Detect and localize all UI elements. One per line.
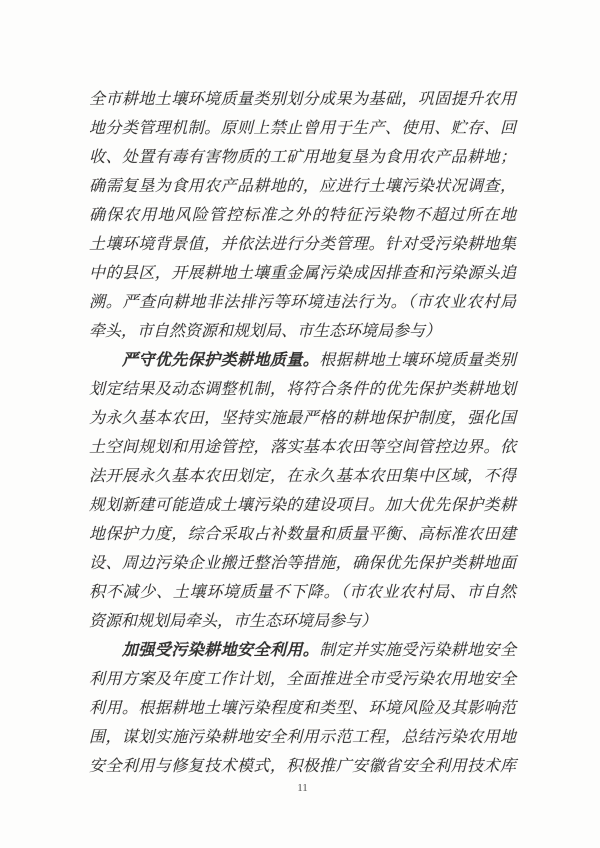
body-text: 地分类管理机制。原则上禁止曾用于生产、使用、贮存、回 bbox=[89, 120, 516, 137]
body-text: 积不减少、土壤环境质量不下降。（市农业农村局、市自然 bbox=[89, 584, 516, 601]
body-text: 土空间规划和用途管控，落实基本农田等空间管控边界。依 bbox=[89, 439, 516, 456]
text-line: 设、周边污染企业搬迁整治等措施，确保优先保护类耕地面 bbox=[89, 549, 516, 578]
text-line: 规划新建可能造成土壤污染的建设项目。加大优先保护类耕 bbox=[89, 491, 516, 520]
text-line: 全市耕地土壤环境质量类别划分成果为基础，巩固提升农用 bbox=[89, 85, 516, 114]
text-line: 土空间规划和用途管控，落实基本农田等空间管控边界。依 bbox=[89, 433, 516, 462]
text-line: 利用方案及年度工作计划，全面推进全市受污染农用地安全 bbox=[89, 665, 516, 694]
body-text: 围，谋划实施污染耕地安全利用示范工程，总结污染农用地 bbox=[89, 729, 516, 746]
text-line: 溯。严查向耕地非法排污等环境违法行为。（市农业农村局 bbox=[89, 288, 516, 317]
body-text: 利用方案及年度工作计划，全面推进全市受污染农用地安全 bbox=[89, 671, 516, 688]
text-line: 为永久基本农田，坚持实施最严格的耕地保护制度，强化国 bbox=[89, 404, 516, 433]
text-line: 安全利用与修复技术模式，积极推广安徽省安全利用技术库 bbox=[89, 752, 516, 781]
text-line: 资源和规划局牵头，市生态环境局参与） bbox=[89, 607, 516, 636]
document-page: 全市耕地土壤环境质量类别划分成果为基础，巩固提升农用地分类管理机制。原则上禁止曾… bbox=[0, 0, 600, 848]
text-line: 围，谋划实施污染耕地安全利用示范工程，总结污染农用地 bbox=[89, 723, 516, 752]
body-text: 安全利用与修复技术模式，积极推广安徽省安全利用技术库 bbox=[89, 758, 516, 775]
text-line: 严守优先保护类耕地质量。根据耕地土壤环境质量类别 bbox=[89, 346, 516, 375]
body-text: 制定并实施受污染耕地安全 bbox=[319, 642, 516, 659]
document-body: 全市耕地土壤环境质量类别划分成果为基础，巩固提升农用地分类管理机制。原则上禁止曾… bbox=[89, 85, 516, 781]
lead-emphasis-text: 加强受污染耕地安全利用。 bbox=[122, 642, 319, 659]
text-line: 划定结果及动态调整机制，将符合条件的优先保护类耕地划 bbox=[89, 375, 516, 404]
body-text: 利用。根据耕地土壤污染程度和类型、环境风险及其影响范 bbox=[89, 700, 516, 717]
body-text: 法开展永久基本农田划定，在永久基本农田集中区域，不得 bbox=[89, 468, 516, 485]
body-text: 设、周边污染企业搬迁整治等措施，确保优先保护类耕地面 bbox=[89, 555, 516, 572]
body-text: 牵头，市自然资源和规划局、市生态环境局参与） bbox=[89, 323, 441, 340]
text-line: 法开展永久基本农田划定，在永久基本农田集中区域，不得 bbox=[89, 462, 516, 491]
body-text: 划定结果及动态调整机制，将符合条件的优先保护类耕地划 bbox=[89, 381, 516, 398]
lead-emphasis-text: 严守优先保护类耕地质量。 bbox=[122, 352, 319, 369]
body-text: 中的县区，开展耕地土壤重金属污染成因排查和污染源头追 bbox=[89, 265, 516, 282]
body-text: 全市耕地土壤环境质量类别划分成果为基础，巩固提升农用 bbox=[89, 91, 516, 108]
text-line: 地分类管理机制。原则上禁止曾用于生产、使用、贮存、回 bbox=[89, 114, 516, 143]
text-line: 加强受污染耕地安全利用。制定并实施受污染耕地安全 bbox=[89, 636, 516, 665]
body-text: 资源和规划局牵头，市生态环境局参与） bbox=[89, 613, 377, 630]
text-line: 中的县区，开展耕地土壤重金属污染成因排查和污染源头追 bbox=[89, 259, 516, 288]
text-line: 确需复垦为食用农产品耕地的，应进行土壤污染状况调查， bbox=[89, 172, 516, 201]
body-text: 溯。严查向耕地非法排污等环境违法行为。（市农业农村局 bbox=[89, 294, 516, 311]
body-text: 收、处置有毒有害物质的工矿用地复垦为食用农产品耕地； bbox=[89, 149, 516, 166]
text-line: 确保农用地风险管控标准之外的特征污染物不超过所在地 bbox=[89, 201, 516, 230]
body-text: 确保农用地风险管控标准之外的特征污染物不超过所在地 bbox=[89, 207, 516, 224]
body-text: 为永久基本农田，坚持实施最严格的耕地保护制度，强化国 bbox=[89, 410, 516, 427]
text-line: 地保护力度，综合采取占补数量和质量平衡、高标准农田建 bbox=[89, 520, 516, 549]
body-text: 规划新建可能造成土壤污染的建设项目。加大优先保护类耕 bbox=[89, 497, 516, 514]
text-line: 积不减少、土壤环境质量不下降。（市农业农村局、市自然 bbox=[89, 578, 516, 607]
text-line: 土壤环境背景值，并依法进行分类管理。针对受污染耕地集 bbox=[89, 230, 516, 259]
body-text: 确需复垦为食用农产品耕地的，应进行土壤污染状况调查， bbox=[89, 178, 516, 195]
text-line: 利用。根据耕地土壤污染程度和类型、环境风险及其影响范 bbox=[89, 694, 516, 723]
body-text: 土壤环境背景值，并依法进行分类管理。针对受污染耕地集 bbox=[89, 236, 516, 253]
body-text: 根据耕地土壤环境质量类别 bbox=[319, 352, 516, 369]
text-line: 牵头，市自然资源和规划局、市生态环境局参与） bbox=[89, 317, 516, 346]
page-number: 11 bbox=[89, 781, 516, 796]
text-line: 收、处置有毒有害物质的工矿用地复垦为食用农产品耕地； bbox=[89, 143, 516, 172]
body-text: 地保护力度，综合采取占补数量和质量平衡、高标准农田建 bbox=[89, 526, 516, 543]
